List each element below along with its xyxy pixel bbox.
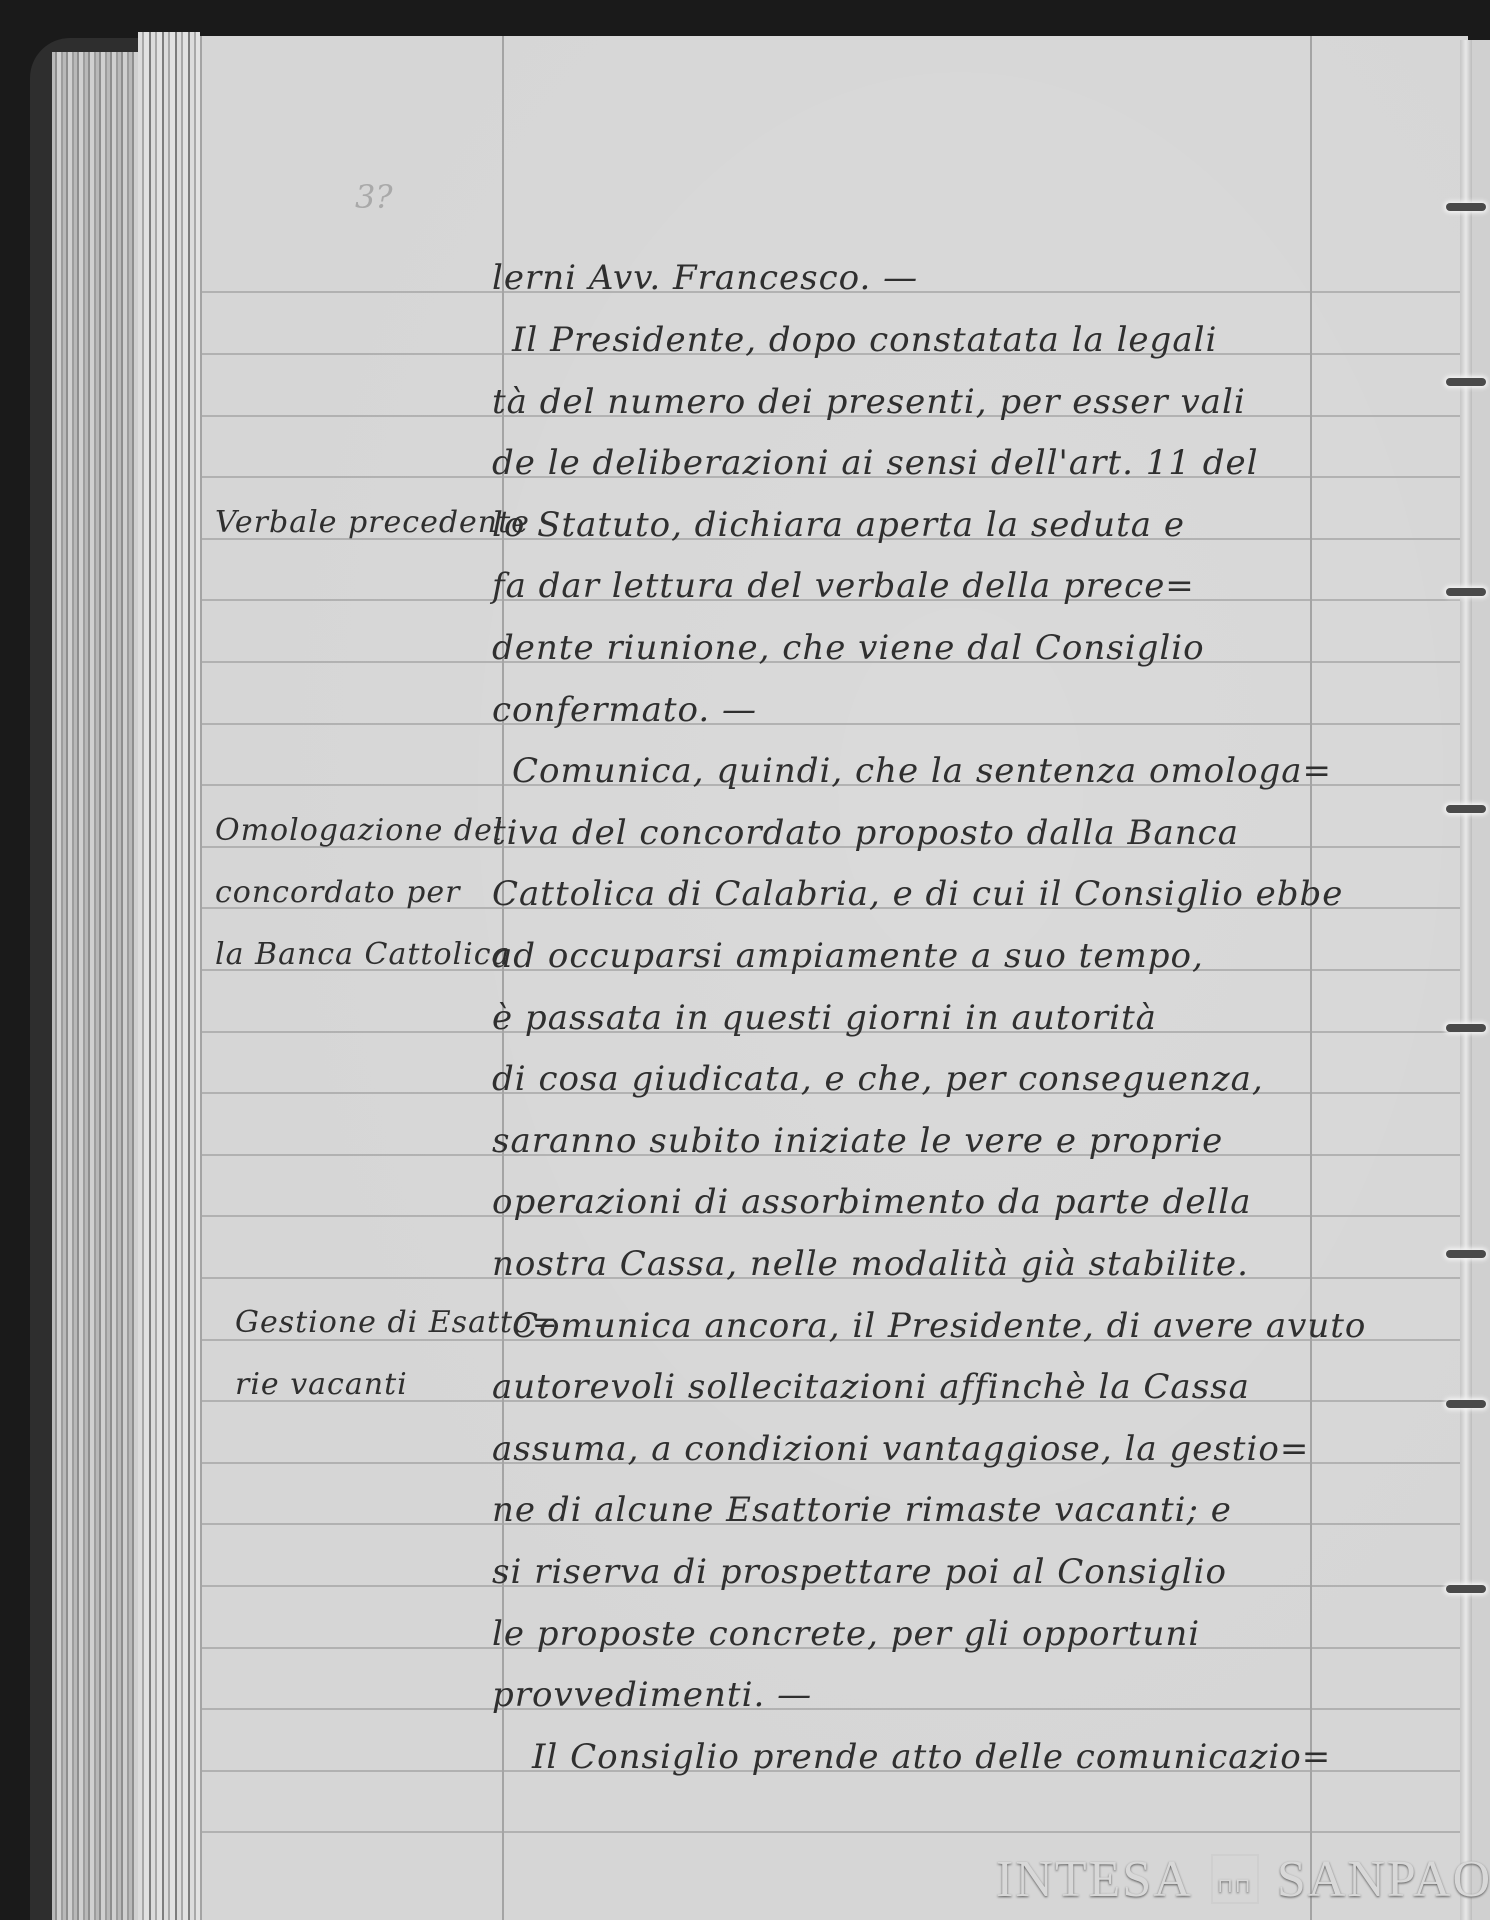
margin-note-omologazione-2: concordato per — [215, 875, 460, 910]
margin-rule-left — [200, 36, 202, 1920]
body-line: operazioni di assorbimento da parte dell… — [492, 1182, 1252, 1222]
bank-building-icon: ⊓⊓ — [1211, 1854, 1259, 1904]
body-line: dente riunione, che viene dal Consiglio — [492, 628, 1205, 668]
body-line: de le deliberazioni ai sensi dell'art. 1… — [492, 443, 1259, 483]
binding-stitch-hole — [1446, 588, 1486, 596]
margin-note-gestione-1: Gestione di Esatto= — [235, 1305, 558, 1340]
body-line: Comunica ancora, il Presidente, di avere… — [512, 1306, 1366, 1346]
margin-note-omologazione-1: Omologazione del — [215, 813, 503, 848]
body-line: si riserva di prospettare poi al Consigl… — [492, 1552, 1227, 1592]
binding-stitch-hole — [1446, 1250, 1486, 1258]
body-line: lerni Avv. Francesco. — — [492, 258, 918, 298]
faint-page-number: 3? — [355, 178, 393, 216]
binding-stitch-hole — [1446, 805, 1486, 813]
body-line: fa dar lettura del verbale della prece= — [492, 566, 1195, 606]
binding-stitch-hole — [1446, 1024, 1486, 1032]
binding-stitch-hole — [1446, 1400, 1486, 1408]
margin-note-gestione-2: rie vacanti — [235, 1367, 408, 1402]
binding-gutter — [1460, 40, 1472, 1920]
watermark: INTESA ⊓⊓ SANPAOLO — [996, 1848, 1490, 1910]
watermark-right-text: SANPAOLO — [1277, 1850, 1490, 1909]
body-line: ad occuparsi ampiamente a suo tempo, — [492, 936, 1204, 976]
facing-page-edge — [1472, 40, 1490, 1920]
margin-note-omologazione-3: la Banca Cattolica — [215, 937, 510, 972]
body-line: lo Statuto, dichiara aperta la seduta e — [492, 505, 1185, 545]
body-line: Il Presidente, dopo constatata la legali — [512, 320, 1217, 360]
body-line: ne di alcune Esattorie rimaste vacanti; … — [492, 1490, 1232, 1530]
watermark-left-text: INTESA — [996, 1850, 1193, 1909]
body-line: Il Consiglio prende atto delle comunicaz… — [532, 1737, 1331, 1777]
margin-rule-right — [1310, 36, 1312, 1920]
body-line: assuma, a condizioni vantaggiose, la ges… — [492, 1429, 1309, 1469]
body-line: tà del numero dei presenti, per esser va… — [492, 382, 1246, 422]
body-line: Comunica, quindi, che la sentenza omolog… — [512, 751, 1332, 791]
body-line: le proposte concrete, per gli opportuni — [492, 1614, 1200, 1654]
body-line: nostra Cassa, nelle modalità già stabili… — [492, 1244, 1249, 1284]
binding-stitch-hole — [1446, 1585, 1486, 1593]
body-line: è passata in questi giorni in autorità — [492, 998, 1157, 1038]
body-line: di cosa giudicata, e che, per conseguenz… — [492, 1059, 1264, 1099]
body-line: saranno subito iniziate le vere e propri… — [492, 1121, 1223, 1161]
binding-stitch-hole — [1446, 378, 1486, 386]
body-line: Cattolica di Calabria, e di cui il Consi… — [492, 874, 1343, 914]
body-line: confermato. — — [492, 690, 757, 730]
body-line: tiva del concordato proposto dalla Banca — [492, 813, 1239, 853]
margin-note-verbale: Verbale precedente — [215, 505, 530, 540]
binding-stitch-hole — [1446, 203, 1486, 211]
body-line: provvedimenti. — — [492, 1675, 812, 1715]
page-stack-inner-edge — [138, 32, 200, 1920]
body-line: autorevoli sollecitazioni affinchè la Ca… — [492, 1367, 1250, 1407]
